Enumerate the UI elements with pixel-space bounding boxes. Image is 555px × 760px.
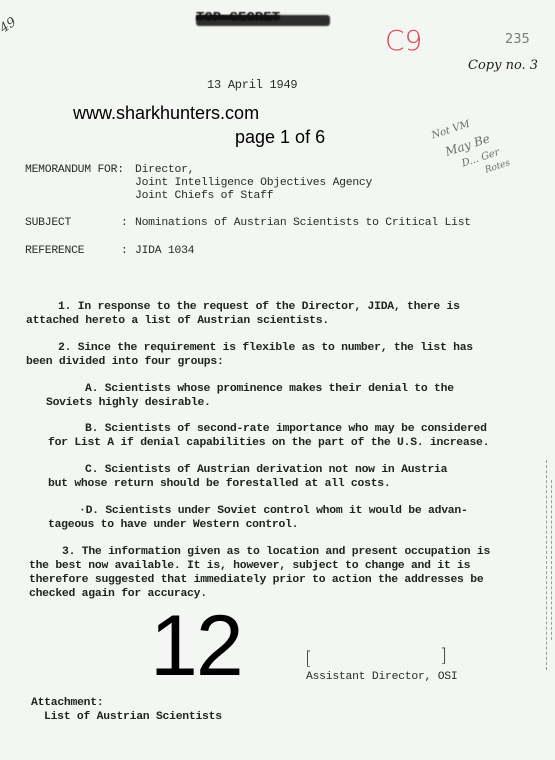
- memo-recipient-line: Joint Intelligence Objectives Agency: [135, 177, 372, 189]
- group-c-line: C. Scientists of Austrian derivation not…: [85, 464, 447, 476]
- subject-text: Nominations of Austrian Scientists to Cr…: [135, 217, 471, 229]
- paragraph-3-line: therefore suggested that immediately pri…: [29, 574, 483, 586]
- group-a-line: A. Scientists whose prominence makes the…: [85, 383, 454, 395]
- reference-label: REFERENCE: [25, 245, 84, 257]
- signature-title: Assistant Director, OSI: [306, 671, 457, 683]
- file-code-handwritten: C9: [385, 24, 422, 57]
- attachment-item: List of Austrian Scientists: [44, 711, 222, 723]
- signature-bracket-left: [: [305, 648, 312, 669]
- paragraph-1-line: attached hereto a list of Austrian scien…: [26, 315, 329, 327]
- group-a-line: Soviets highly desirable.: [46, 397, 211, 409]
- watermark-page-indicator: page 1 of 6: [235, 127, 325, 148]
- paragraph-2-line: been divided into four groups:: [26, 356, 224, 368]
- subject-label: SUBJECT: [25, 217, 71, 229]
- group-d-line: ·D. Scientists under Soviet control whom…: [79, 505, 468, 517]
- document-number: 235: [505, 32, 530, 47]
- subject-separator: :: [121, 217, 128, 229]
- copy-number: Copy no. 3: [468, 58, 538, 73]
- memo-recipient-line: Director,: [135, 164, 194, 176]
- reference-separator: :: [121, 245, 128, 257]
- memo-for-label: MEMORANDUM FOR:: [25, 164, 124, 176]
- reference-text: JIDA 1034: [135, 245, 194, 257]
- scan-edge-marks: [551, 480, 552, 640]
- page-number-overlay: 12: [150, 603, 242, 689]
- margin-note: Not VM May Be D... Ger Rotes: [430, 97, 555, 207]
- paragraph-3-line: 3. The information given as to location …: [62, 546, 490, 558]
- memo-recipient-line: Joint Chiefs of Staff: [135, 190, 273, 202]
- group-b-line: B. Scientists of second-rate importance …: [85, 423, 487, 435]
- watermark-url[interactable]: www.sharkhunters.com: [73, 103, 259, 124]
- signature-bracket-right: ]: [440, 645, 447, 666]
- group-c-line: but whose return should be forestalled a…: [48, 478, 390, 490]
- group-d-line: tageous to have under Western control.: [48, 519, 298, 531]
- paragraph-3-line: the best now available. It is, however, …: [29, 560, 470, 572]
- paragraph-2-line: 2. Since the requirement is flexible as …: [58, 342, 473, 354]
- document-date: 13 April 1949: [207, 78, 297, 92]
- group-b-line: for List A if denial capabilities on the…: [48, 437, 489, 449]
- corner-handwritten-mark: 49: [0, 15, 19, 37]
- attachment-label: Attachment:: [31, 697, 103, 709]
- scan-edge-marks: [546, 460, 547, 670]
- paragraph-1-line: 1. In response to the request of the Dir…: [58, 301, 460, 313]
- classification-stamp: TOP SECRET: [196, 10, 280, 26]
